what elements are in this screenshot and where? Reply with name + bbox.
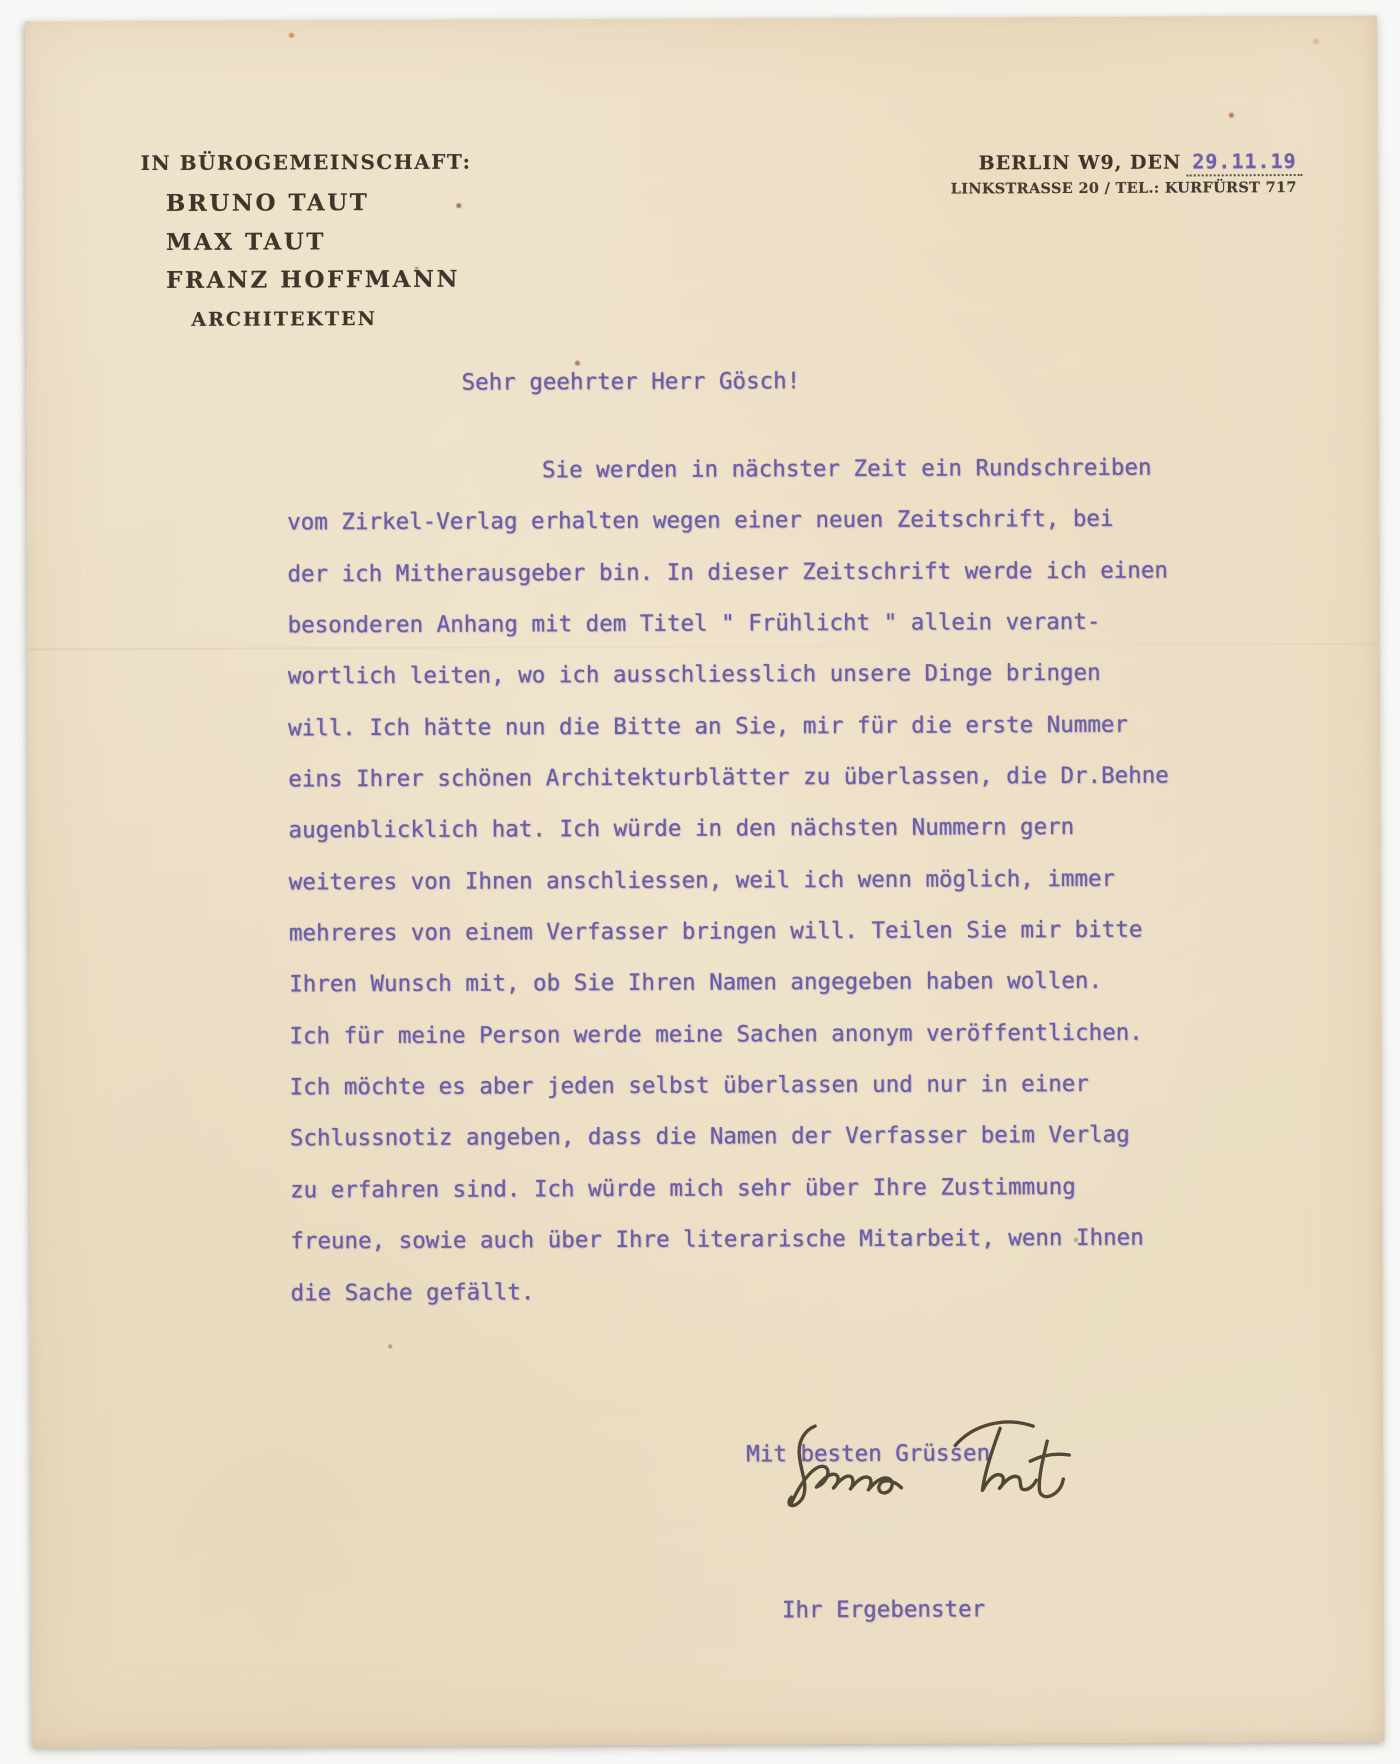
letterhead-name: FRANZ HOFFMANN <box>166 261 472 301</box>
foxing-spot <box>388 1344 393 1349</box>
scan-background: { "document": { "type": "typewritten-let… <box>0 0 1400 1764</box>
letterhead-city-prefix: BERLIN W9, DEN <box>979 152 1182 175</box>
letter-body-line: freune, sowie auch über Ihre literarisch… <box>290 1213 1171 1268</box>
letter-body-line: weiteres von Ihnen anschliessen, weil ic… <box>289 853 1170 908</box>
letter-paper: IN BÜROGEMEINSCHAFT: BRUNO TAUTMAX TAUTF… <box>25 16 1385 1748</box>
letterhead-name: MAX TAUT <box>166 222 472 262</box>
letter-body-line: besonderen Anhang mit dem Titel " Frühli… <box>288 597 1169 652</box>
letterhead-right: BERLIN W9, DEN 29.11.19 LINKSTRASSE 20 /… <box>951 146 1303 198</box>
salutation: Sehr geehrter Herr Gösch! <box>462 368 801 395</box>
letter-body-line: der ich Mitherausgeber bin. In dieser Ze… <box>287 545 1168 600</box>
letter-body-line: Schlussnotiz angeben, dass die Namen der… <box>290 1110 1171 1165</box>
letter-body-line: wortlich leiten, wo ich ausschliesslich … <box>288 648 1169 703</box>
letterhead-address-line: LINKSTRASSE 20 / TEL.: KURFÜRST 717 <box>951 179 1303 198</box>
foxing-spot <box>1312 38 1320 45</box>
letter-body-line: mehreres von einem Verfasser bringen wil… <box>289 905 1170 960</box>
letter-body-line: die Sache gefällt. <box>290 1264 1171 1319</box>
letterhead-office-line: IN BÜROGEMEINSCHAFT: <box>141 150 472 175</box>
letter-body: Sie werden in nächster Zeit ein Rundschr… <box>287 443 1171 1320</box>
letterhead-city-date-line: BERLIN W9, DEN 29.11.19 <box>979 146 1303 174</box>
foxing-spot <box>1228 112 1234 118</box>
typed-date: 29.11.19 <box>1186 149 1302 177</box>
letter-body-line: vom Zirkel-Verlag erhalten wegen einer n… <box>287 494 1168 549</box>
letter-body-line: eins Ihrer schönen Architekturblätter zu… <box>288 751 1169 806</box>
signature-bruno-taut <box>779 1409 1130 1541</box>
letter-body-line: Sie werden in nächster Zeit ein Rundschr… <box>287 443 1168 498</box>
letter-body-line: augenblicklich hat. Ich würde in den näc… <box>288 802 1169 857</box>
letter-body-line: zu erfahren sind. Ich würde mich sehr üb… <box>290 1161 1171 1216</box>
foxing-spot <box>288 32 295 38</box>
letter-body-line: Ihren Wunsch mit, ob Sie Ihren Namen ang… <box>289 956 1170 1011</box>
letterhead-names: BRUNO TAUTMAX TAUTFRANZ HOFFMANN <box>166 184 472 301</box>
letterhead-left: IN BÜROGEMEINSCHAFT: BRUNO TAUTMAX TAUTF… <box>141 150 473 339</box>
letterhead-name: BRUNO TAUT <box>166 184 472 224</box>
letterhead-subtitle: ARCHITEKTEN <box>191 299 472 338</box>
letter-body-line: Ich möchte es aber jeden selbst überlass… <box>290 1059 1171 1114</box>
foxing-spot <box>574 360 580 366</box>
letter-body-line: will. Ich hätte nun die Bitte an Sie, mi… <box>288 699 1169 754</box>
letter-body-line: Ich für meine Person werde meine Sachen … <box>289 1007 1170 1062</box>
closing-line: Ihr Ergebenster <box>782 1583 991 1636</box>
